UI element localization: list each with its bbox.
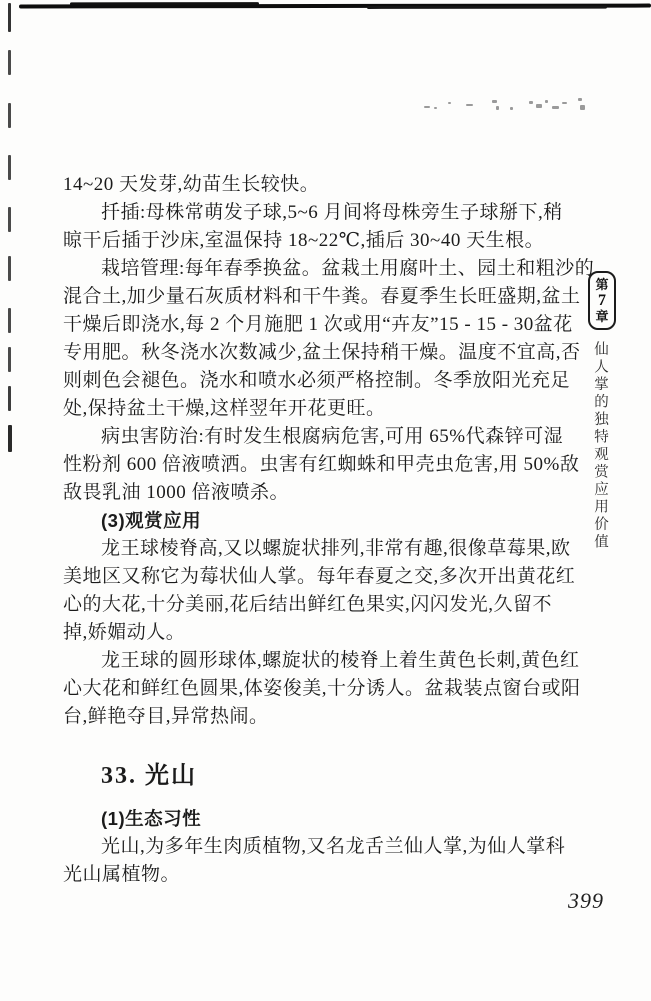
text-line: 龙王球的圆形球体,螺旋状的棱脊上着生黄色长刺,黄色红 — [63, 647, 549, 675]
text-line: 则刺色会褪色。浇水和喷水必须严格控制。冬季放阳光充足 — [63, 367, 549, 395]
text-line: 处,保持盆土干燥,这样翌年开花更旺。 — [63, 395, 549, 423]
text-line: 台,鲜艳夺目,异常热闹。 — [63, 703, 549, 731]
edge-tick — [8, 256, 11, 281]
chapter-tab-char: 第 — [595, 277, 608, 293]
text-line: 混合土,加少量石灰质材料和干牛粪。春夏季生长旺盛期,盆土 — [63, 283, 549, 311]
text-line: 性粉剂 600 倍液喷洒。虫害有红蜘蛛和甲壳虫危害,用 50%敌 — [63, 451, 549, 479]
page-number: 399 — [568, 888, 604, 914]
subsection-heading: (1)生态习性 — [63, 805, 549, 833]
edge-tick — [8, 3, 11, 32]
text-line: 光山,为多年生肉质植物,又名龙舌兰仙人掌,为仙人掌科 — [63, 833, 549, 861]
edge-tick — [8, 50, 11, 75]
chapter-tab-number: 7 — [598, 293, 606, 309]
chapter-title-vertical: 仙人掌的独特观赏应用价值 — [590, 341, 611, 551]
text-line: 晾干后插于沙床,室温保持 18~22℃,插后 30~40 天生根。 — [63, 227, 549, 255]
section-heading: 33. 光山 — [63, 760, 549, 792]
subsection-heading: (3)观赏应用 — [63, 507, 549, 535]
chapter-tab-badge: 第 7 章 — [588, 271, 616, 330]
text-line: 心的大花,十分美丽,花后结出鲜红色果实,闪闪发光,久留不 — [63, 591, 549, 619]
edge-tick — [8, 207, 11, 232]
text-line: 心大花和鲜红色圆果,体姿俊美,十分诱人。盆栽装点窗台或阳 — [63, 675, 549, 703]
text-line: 病虫害防治:有时发生根腐病危害,可用 65%代森锌可湿 — [63, 423, 549, 451]
scanned-book-page: 14~20 天发芽,幼苗生长较快。扦插:母株常萌发子球,5~6 月间将母株旁生子… — [0, 0, 651, 1001]
edge-tick — [8, 425, 12, 452]
edge-tick — [8, 347, 11, 372]
text-line: 光山属植物。 — [63, 861, 549, 889]
text-line: 敌畏乳油 1000 倍液喷杀。 — [63, 479, 549, 507]
body-text: 14~20 天发芽,幼苗生长较快。扦插:母株常萌发子球,5~6 月间将母株旁生子… — [63, 171, 549, 889]
edge-tick — [8, 308, 11, 333]
edge-tick — [8, 386, 11, 411]
text-line: 14~20 天发芽,幼苗生长较快。 — [63, 171, 549, 199]
chapter-tab-char: 章 — [595, 309, 608, 325]
scan-artifact-top-line — [19, 4, 651, 9]
edge-tick — [8, 155, 11, 180]
text-line: 专用肥。秋冬浇水次数减少,盆土保持稍干燥。温度不宜高,否 — [63, 339, 549, 367]
text-line: 龙王球棱脊高,又以螺旋状排列,非常有趣,很像草莓果,欧 — [63, 535, 549, 563]
text-line: 扦插:母株常萌发子球,5~6 月间将母株旁生子球掰下,稍 — [63, 199, 549, 227]
text-line: 掉,娇媚动人。 — [63, 619, 549, 647]
edge-tick — [8, 103, 11, 128]
text-line: 栽培管理:每年春季换盆。盆栽土用腐叶土、园土和粗沙的 — [63, 255, 549, 283]
text-line: 干燥后即浇水,每 2 个月施肥 1 次或用“卉友”15 - 15 - 30盆花 — [63, 311, 549, 339]
text-line: 美地区又称它为莓状仙人掌。每年春夏之交,多次开出黄花红 — [63, 563, 549, 591]
